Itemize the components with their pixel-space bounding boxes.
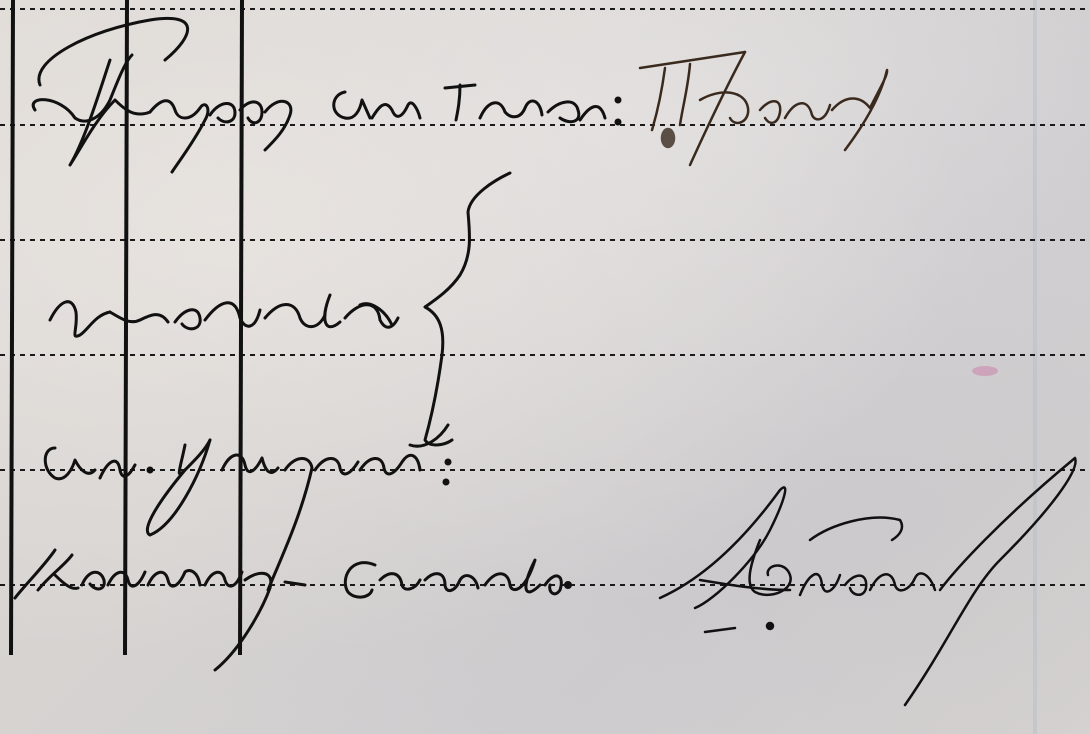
document-ink-layer — [0, 0, 1090, 734]
label-kommer-stepov — [15, 550, 571, 670]
brace-symbol — [425, 173, 510, 445]
signature-orlov — [640, 52, 887, 165]
label-chleny — [50, 295, 398, 336]
label-za-uchitelya — [45, 425, 450, 590]
signature-vtomov — [660, 458, 1076, 705]
label-predsedatel — [33, 18, 620, 172]
